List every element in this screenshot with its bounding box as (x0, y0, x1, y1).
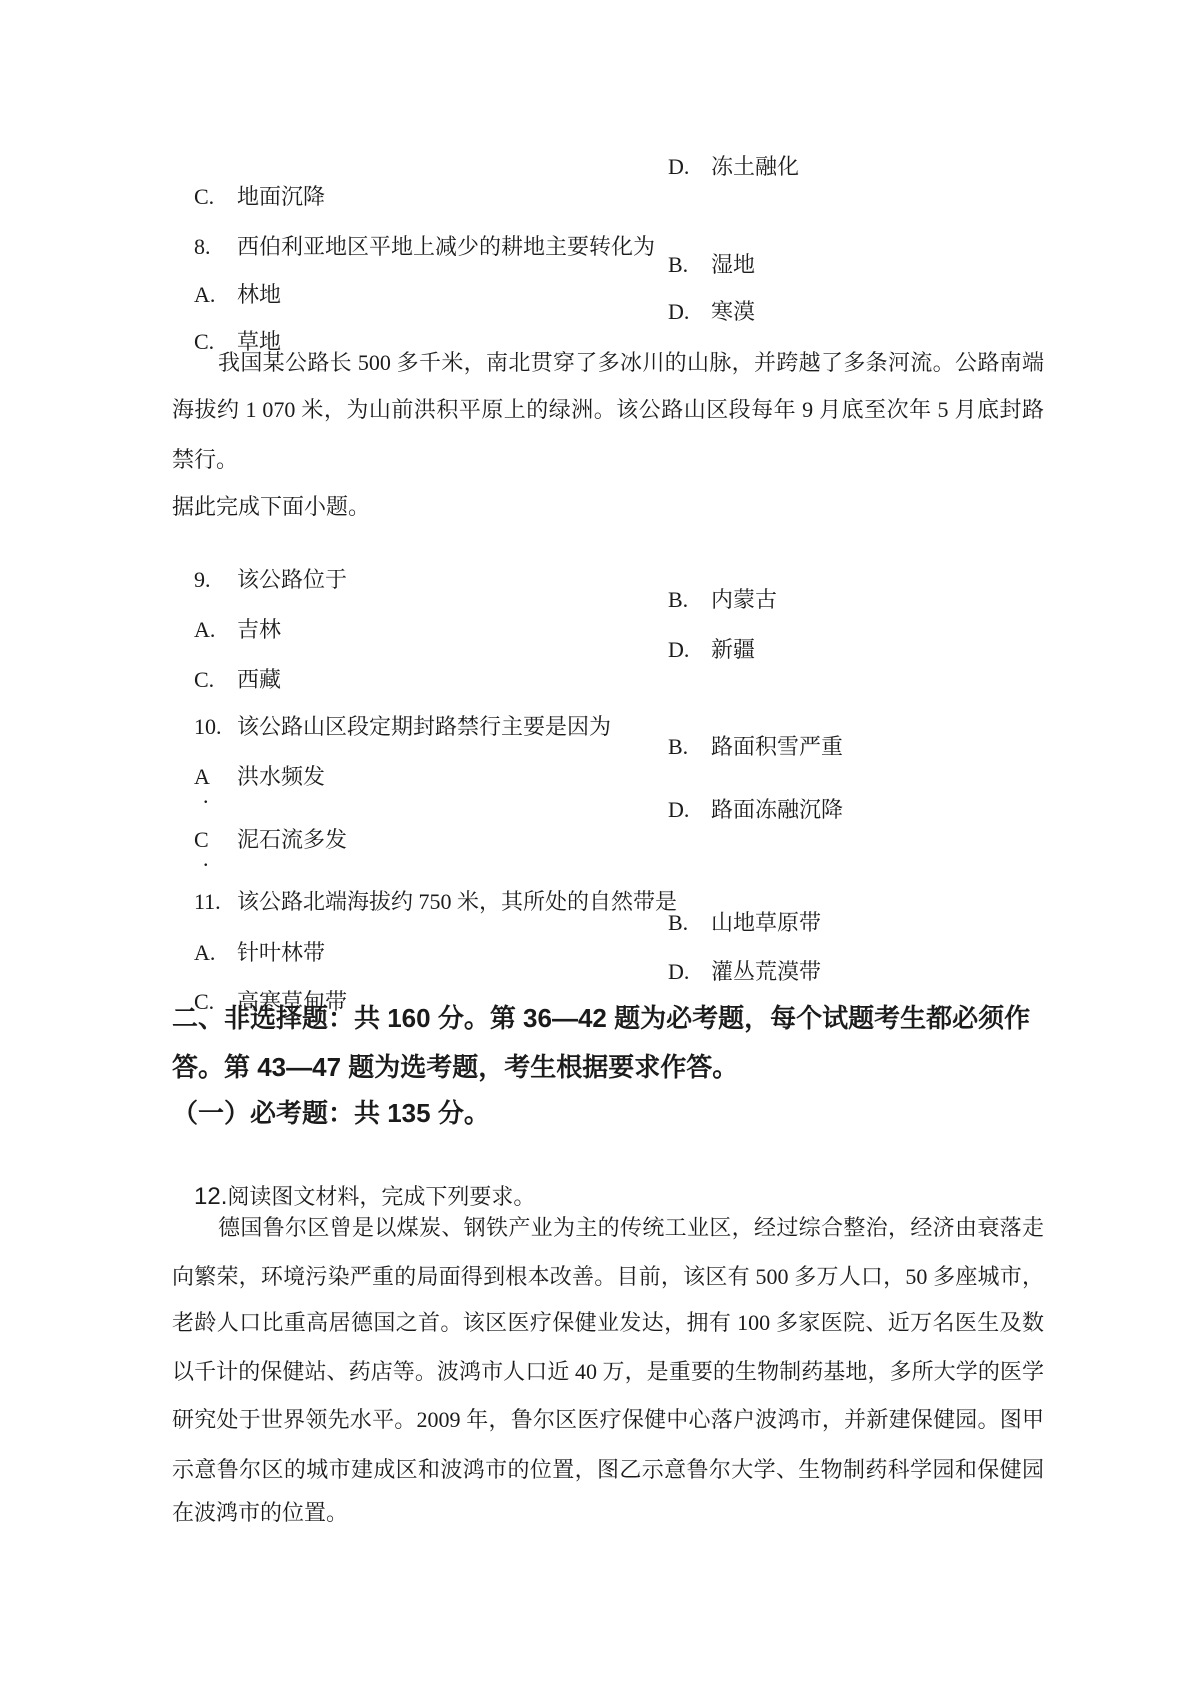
q10-option-a-text: 洪水频发 (237, 764, 325, 789)
passage1-line1: 我国某公路长 500 多千米，南北贯穿了多冰川的山脉，并跨越了多条河流。公路南端 (172, 348, 1044, 378)
q12-passage-line1: 德国鲁尔区曾是以煤炭、钢铁产业为主的传统工业区，经过综合整治，经济由衰落走 (172, 1213, 1044, 1243)
q8-option-b-text: 湿地 (711, 252, 755, 277)
section-2-subheading: （一）必考题：共 135 分。 (172, 1096, 490, 1130)
q10-option-c: C泥石流多发. (194, 825, 494, 855)
q10-option-c-text: 泥石流多发 (237, 827, 347, 852)
q8-option-d-label: D. (668, 297, 711, 327)
q12-passage-line6: 示意鲁尔区的城市建成区和波鸿市的位置，图乙示意鲁尔大学、生物制药科学园和保健园 (172, 1455, 1044, 1485)
section-2-heading-line2: 答。第 43—47 题为选考题，考生根据要求作答。 (172, 1050, 738, 1084)
q9-option-b-label: B. (668, 585, 711, 615)
q9-option-b-text: 内蒙古 (711, 587, 777, 612)
q8-option-d: D.寒漠 (668, 297, 755, 327)
q12-passage-line4: 以千计的保健站、药店等。波鸿市人口近 40 万，是重要的生物制药基地，多所大学的… (172, 1357, 1044, 1387)
q10-option-b: B.路面积雪严重 (668, 732, 843, 762)
q9-option-d: D.新疆 (668, 635, 755, 665)
q10-option-a: A洪水频发. (194, 762, 494, 792)
q12-passage-line5: 研究处于世界领先水平。2009 年，鲁尔区医疗保健中心落户波鸿市，并新建保健园。… (172, 1405, 1044, 1435)
passage1-instruction: 据此完成下面小题。 (172, 492, 370, 522)
q11-option-b-text: 山地草原带 (711, 910, 821, 935)
passage1-line3: 禁行。 (172, 445, 238, 475)
q11-option-b: B.山地草原带 (668, 908, 821, 938)
q7-option-d: D.冻土融化 (668, 152, 799, 182)
q11-option-d: D.灌丛荒漠带 (668, 957, 821, 987)
q12-passage-line2: 向繁荣，环境污染严重的局面得到根本改善。目前，该区有 500 多万人口，50 多… (172, 1262, 1044, 1292)
q8-option-b: B.湿地 (668, 250, 755, 280)
q10-option-b-label: B. (668, 732, 711, 762)
q8-option-b-label: B. (668, 250, 711, 280)
q7-option-d-text: 冻土融化 (711, 154, 799, 179)
q7-option-d-label: D. (668, 152, 711, 182)
q12-passage-line7: 在波鸿市的位置。 (172, 1498, 348, 1528)
q10-option-d-label: D. (668, 795, 711, 825)
q9-option-b: B.内蒙古 (668, 585, 777, 615)
q11-option-d-label: D. (668, 957, 711, 987)
question-12-intro-text: 阅读图文材料，完成下列要求。 (227, 1184, 535, 1209)
document-page: C.地面沉降 D.冻土融化 8.西伯利亚地区平地上减少的耕地主要转化为 A.林地… (0, 0, 1200, 1698)
q10-option-b-text: 路面积雪严重 (711, 734, 843, 759)
q10-option-d: D.路面冻融沉降 (668, 795, 843, 825)
q9-option-d-label: D. (668, 635, 711, 665)
q11-option-d-text: 灌丛荒漠带 (711, 959, 821, 984)
q10-option-c-label: C (194, 825, 237, 855)
q12-passage-line3: 老龄人口比重高居德国之首。该区医疗保健业发达，拥有 100 多家医院、近万名医生… (172, 1308, 1044, 1338)
q11-option-b-label: B. (668, 908, 711, 938)
q9-option-d-text: 新疆 (711, 637, 755, 662)
passage1-line2: 海拔约 1 070 米，为山前洪积平原上的绿洲。该公路山区段每年 9 月底至次年… (172, 395, 1044, 425)
question-12-number: 12. (194, 1183, 227, 1210)
q10-option-a-label: A (194, 762, 237, 792)
q10-option-d-text: 路面冻融沉降 (711, 797, 843, 822)
q8-option-d-text: 寒漠 (711, 299, 755, 324)
section-2-heading-line1: 二、非选择题：共 160 分。第 36—42 题为必考题，每个试题考生都必须作 (172, 1001, 1030, 1035)
